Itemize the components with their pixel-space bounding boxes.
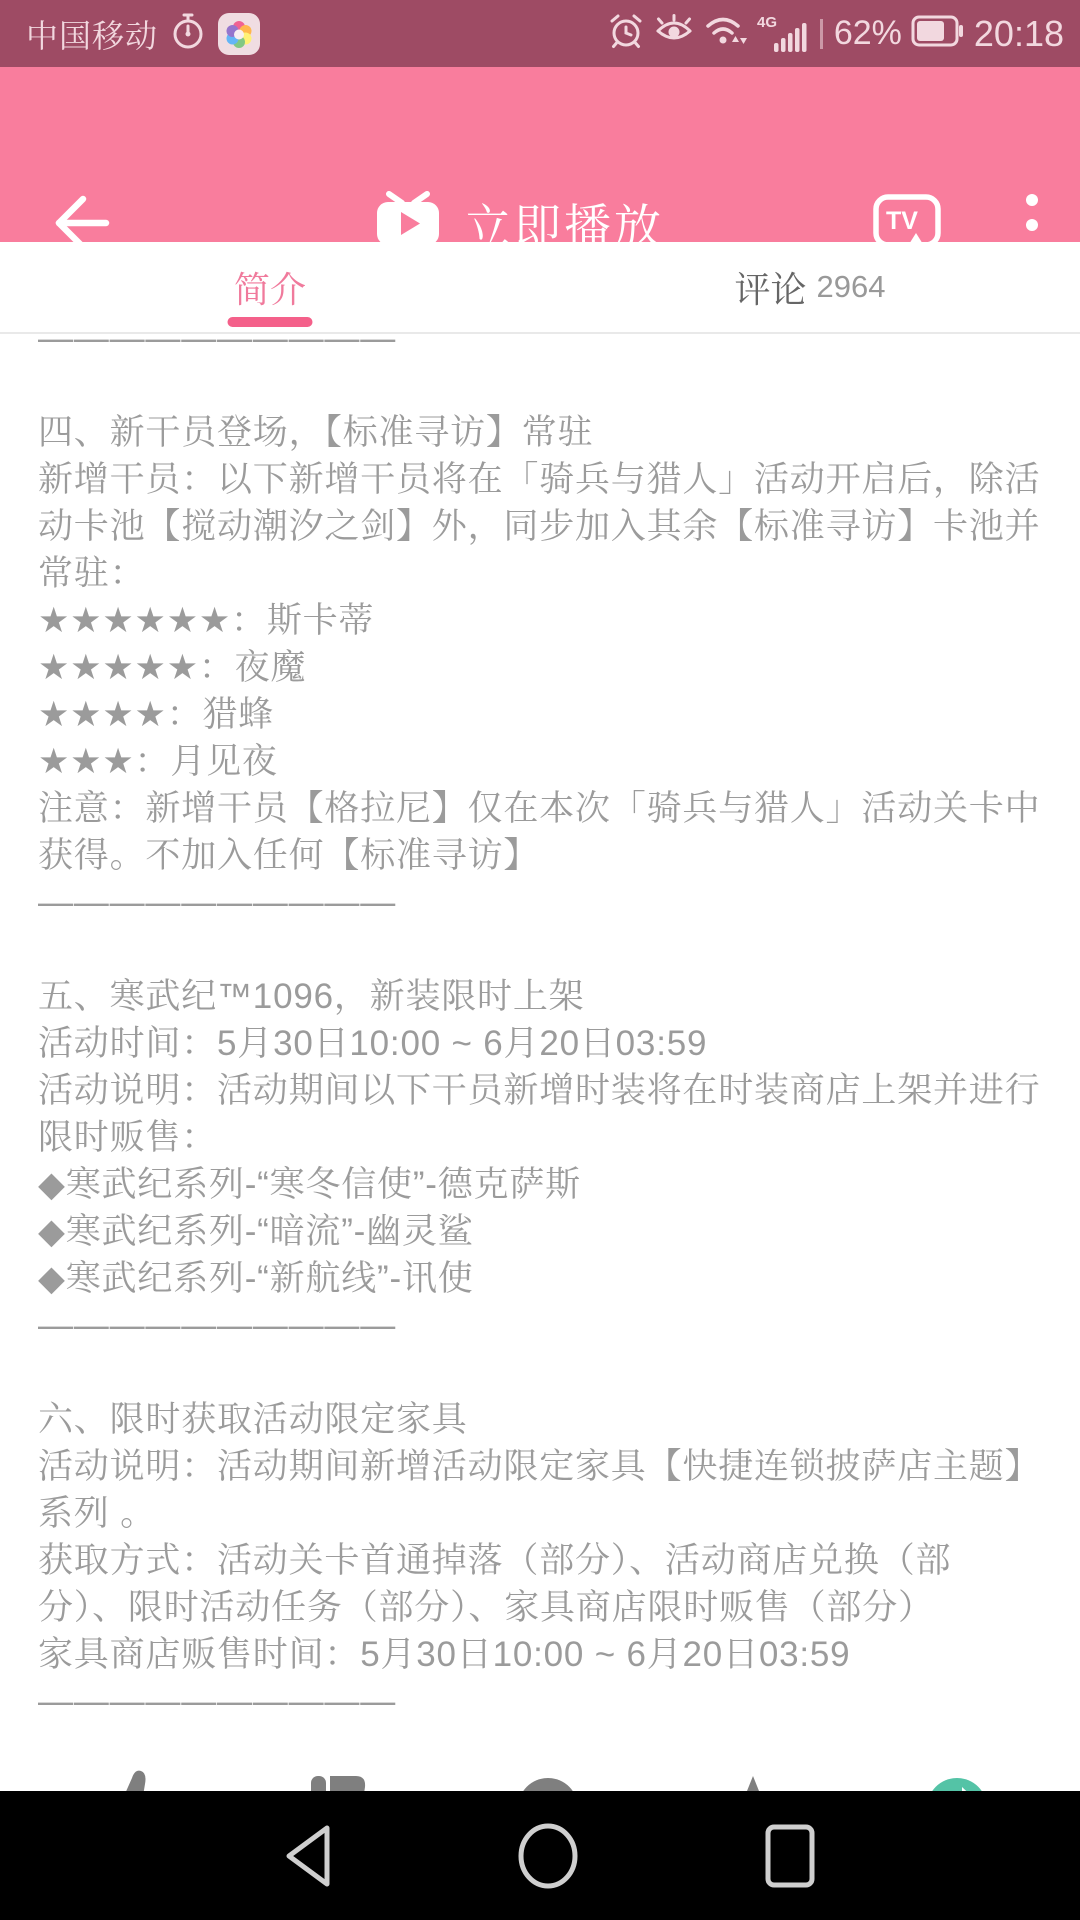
android-recents-button[interactable] — [730, 1791, 850, 1920]
tab-comments-label: 评论 — [735, 262, 807, 313]
content-line: ★★★：月见夜 — [38, 738, 1050, 785]
kebab-menu-icon — [1026, 194, 1038, 206]
carrier-label: 中国移动 — [26, 11, 158, 57]
content-line: —————————— — [38, 1678, 1050, 1725]
content-line: 活动时间：5月30日10:00 ~ 6月20日03:59 — [38, 1020, 1050, 1067]
content-line: 注意：新增干员【格拉尼】仅在本次「骑兵与猎人」活动关卡中 — [38, 785, 1050, 832]
content-line: 限时贩售： — [38, 1114, 1050, 1161]
content-line: 系列 。 — [38, 1490, 1050, 1537]
content-line: 家具商店贩售时间：5月30日10:00 ~ 6月20日03:59 — [38, 1631, 1050, 1678]
tab-intro-label: 简介 — [234, 262, 306, 313]
tab-comments[interactable]: 评论 2964 — [540, 242, 1080, 332]
app-header: 立即播放 TV — [0, 67, 1080, 242]
content-line: —————————— — [38, 334, 1050, 362]
android-back-icon — [281, 1822, 333, 1890]
video-description: ——————————四、新干员登场，【标准寻访】常驻新增干员：以下新增干员将在「… — [0, 334, 1080, 1725]
network-type-label: 4G — [757, 14, 777, 31]
content-line: 获取方式：活动关卡首通掉落（部分）、活动商店兑换（部 — [38, 1537, 1050, 1584]
kebab-menu-icon — [1026, 219, 1038, 231]
status-bar-right: 4G 62% 20:18 — [608, 12, 1064, 55]
content-line: 分）、限时活动任务（部分）、家具商店限时贩售（部分） — [38, 1584, 1050, 1631]
svg-text:TV: TV — [886, 207, 918, 235]
active-tab-indicator — [228, 317, 313, 327]
content-line: ◆寒武纪系列-“寒冬信使”-德克萨斯 — [38, 1161, 1050, 1208]
android-back-button[interactable] — [247, 1791, 367, 1920]
content-line — [38, 362, 1050, 409]
content-line — [38, 1349, 1050, 1396]
content-line: 新增干员：以下新增干员将在「骑兵与猎人」活动开启后，除活 — [38, 456, 1050, 503]
stopwatch-icon — [170, 11, 206, 56]
signal-bars-icon: 4G — [757, 13, 809, 55]
battery-icon — [911, 14, 965, 53]
android-home-icon — [516, 1822, 580, 1890]
status-divider — [820, 19, 823, 49]
content-line: 六、限时获取活动限定家具 — [38, 1396, 1050, 1443]
content-line: ◆寒武纪系列-“暗流”-幽灵鲨 — [38, 1208, 1050, 1255]
status-bar-left: 中国移动 — [26, 11, 260, 57]
wifi-icon — [704, 12, 748, 55]
content-line: —————————— — [38, 879, 1050, 926]
status-bar: 中国移动 — [0, 0, 1080, 67]
android-recents-icon — [764, 1822, 816, 1890]
content-line: 活动说明：活动期间新增活动限定家具【快捷连锁披萨店主题】 — [38, 1443, 1050, 1490]
content-line: ★★★★★：夜魔 — [38, 644, 1050, 691]
android-nav-bar — [0, 1791, 1080, 1920]
content-line: ★★★★：猎蜂 — [38, 691, 1050, 738]
video-description-scroll[interactable]: ——————————四、新干员登场，【标准寻访】常驻新增干员：以下新增干员将在「… — [0, 334, 1080, 1791]
content-line: ◆寒武纪系列-“新航线”-讯使 — [38, 1255, 1050, 1302]
content-line: ★★★★★★：斯卡蒂 — [38, 597, 1050, 644]
alarm-icon — [608, 12, 644, 55]
clock-label: 20:18 — [974, 13, 1064, 55]
content-line: —————————— — [38, 1302, 1050, 1349]
tab-bar: 简介 评论 2964 — [0, 242, 1080, 334]
content-line: 动卡池【搅动潮汐之剑】外，同步加入其余【标准寻访】卡池并 — [38, 503, 1050, 550]
content-line: 四、新干员登场，【标准寻访】常驻 — [38, 409, 1050, 456]
gallery-app-icon — [218, 13, 260, 55]
android-home-button[interactable] — [488, 1791, 608, 1920]
battery-percent-label: 62% — [834, 14, 902, 53]
tab-comments-count: 2964 — [817, 269, 886, 305]
tab-intro[interactable]: 简介 — [0, 242, 540, 332]
eye-protection-icon — [653, 13, 695, 54]
content-line: 活动说明：活动期间以下干员新增时装将在时装商店上架并进行 — [38, 1067, 1050, 1114]
content-line: 五、寒武纪™1096，新装限时上架 — [38, 973, 1050, 1020]
content-line: 获得。不加入任何【标准寻访】 — [38, 832, 1050, 879]
content-line — [38, 926, 1050, 973]
content-line: 常驻： — [38, 550, 1050, 597]
phone-screen: 中国移动 — [0, 0, 1080, 1920]
